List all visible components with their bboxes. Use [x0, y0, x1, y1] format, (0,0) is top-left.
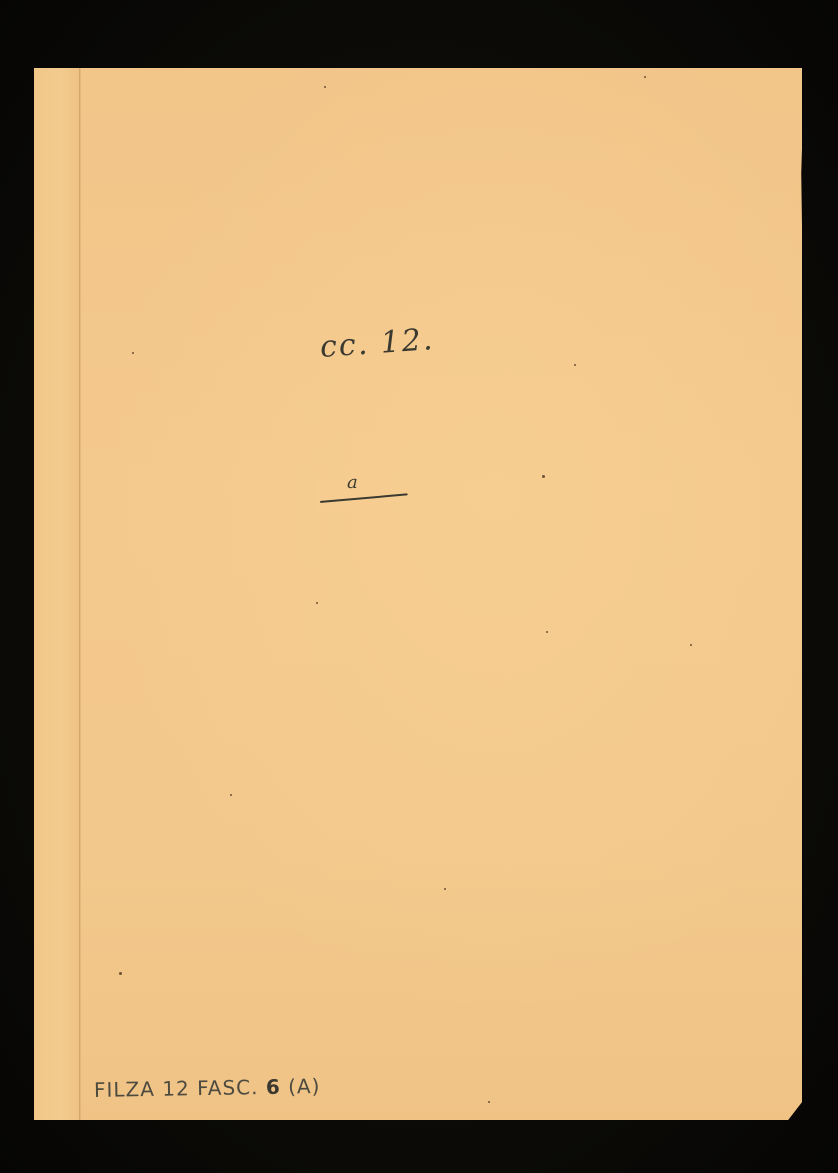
label-fasc-prefix: FASC.	[197, 1075, 259, 1100]
item-letter-note: a	[347, 472, 358, 493]
paper-speck	[542, 475, 545, 478]
paper-speck	[546, 631, 548, 633]
label-fasc-suffix: (A)	[288, 1074, 321, 1099]
label-fasc-number: 6	[266, 1075, 281, 1099]
paper-speck	[574, 364, 576, 366]
paper-speck	[444, 888, 446, 890]
paper-speck	[119, 972, 122, 975]
paper-speck	[230, 794, 232, 796]
paper-speck	[132, 352, 134, 354]
fold-line	[79, 68, 81, 1120]
paper-speck	[644, 76, 646, 78]
paper-speck	[690, 644, 692, 646]
paper-speck	[488, 1101, 490, 1103]
paper-speck	[316, 602, 318, 604]
folder-cover-page: cc. 12. a FILZA 12 FASC. 6 (A)	[34, 68, 802, 1120]
paper-speck	[324, 86, 326, 88]
archive-shelfmark-label: FILZA 12 FASC. 6 (A)	[94, 1074, 321, 1102]
label-filza: FILZA 12	[94, 1076, 190, 1102]
folio-count-note: cc. 12.	[319, 322, 436, 365]
item-letter-underline	[320, 493, 408, 503]
binding-strip	[34, 68, 80, 1120]
